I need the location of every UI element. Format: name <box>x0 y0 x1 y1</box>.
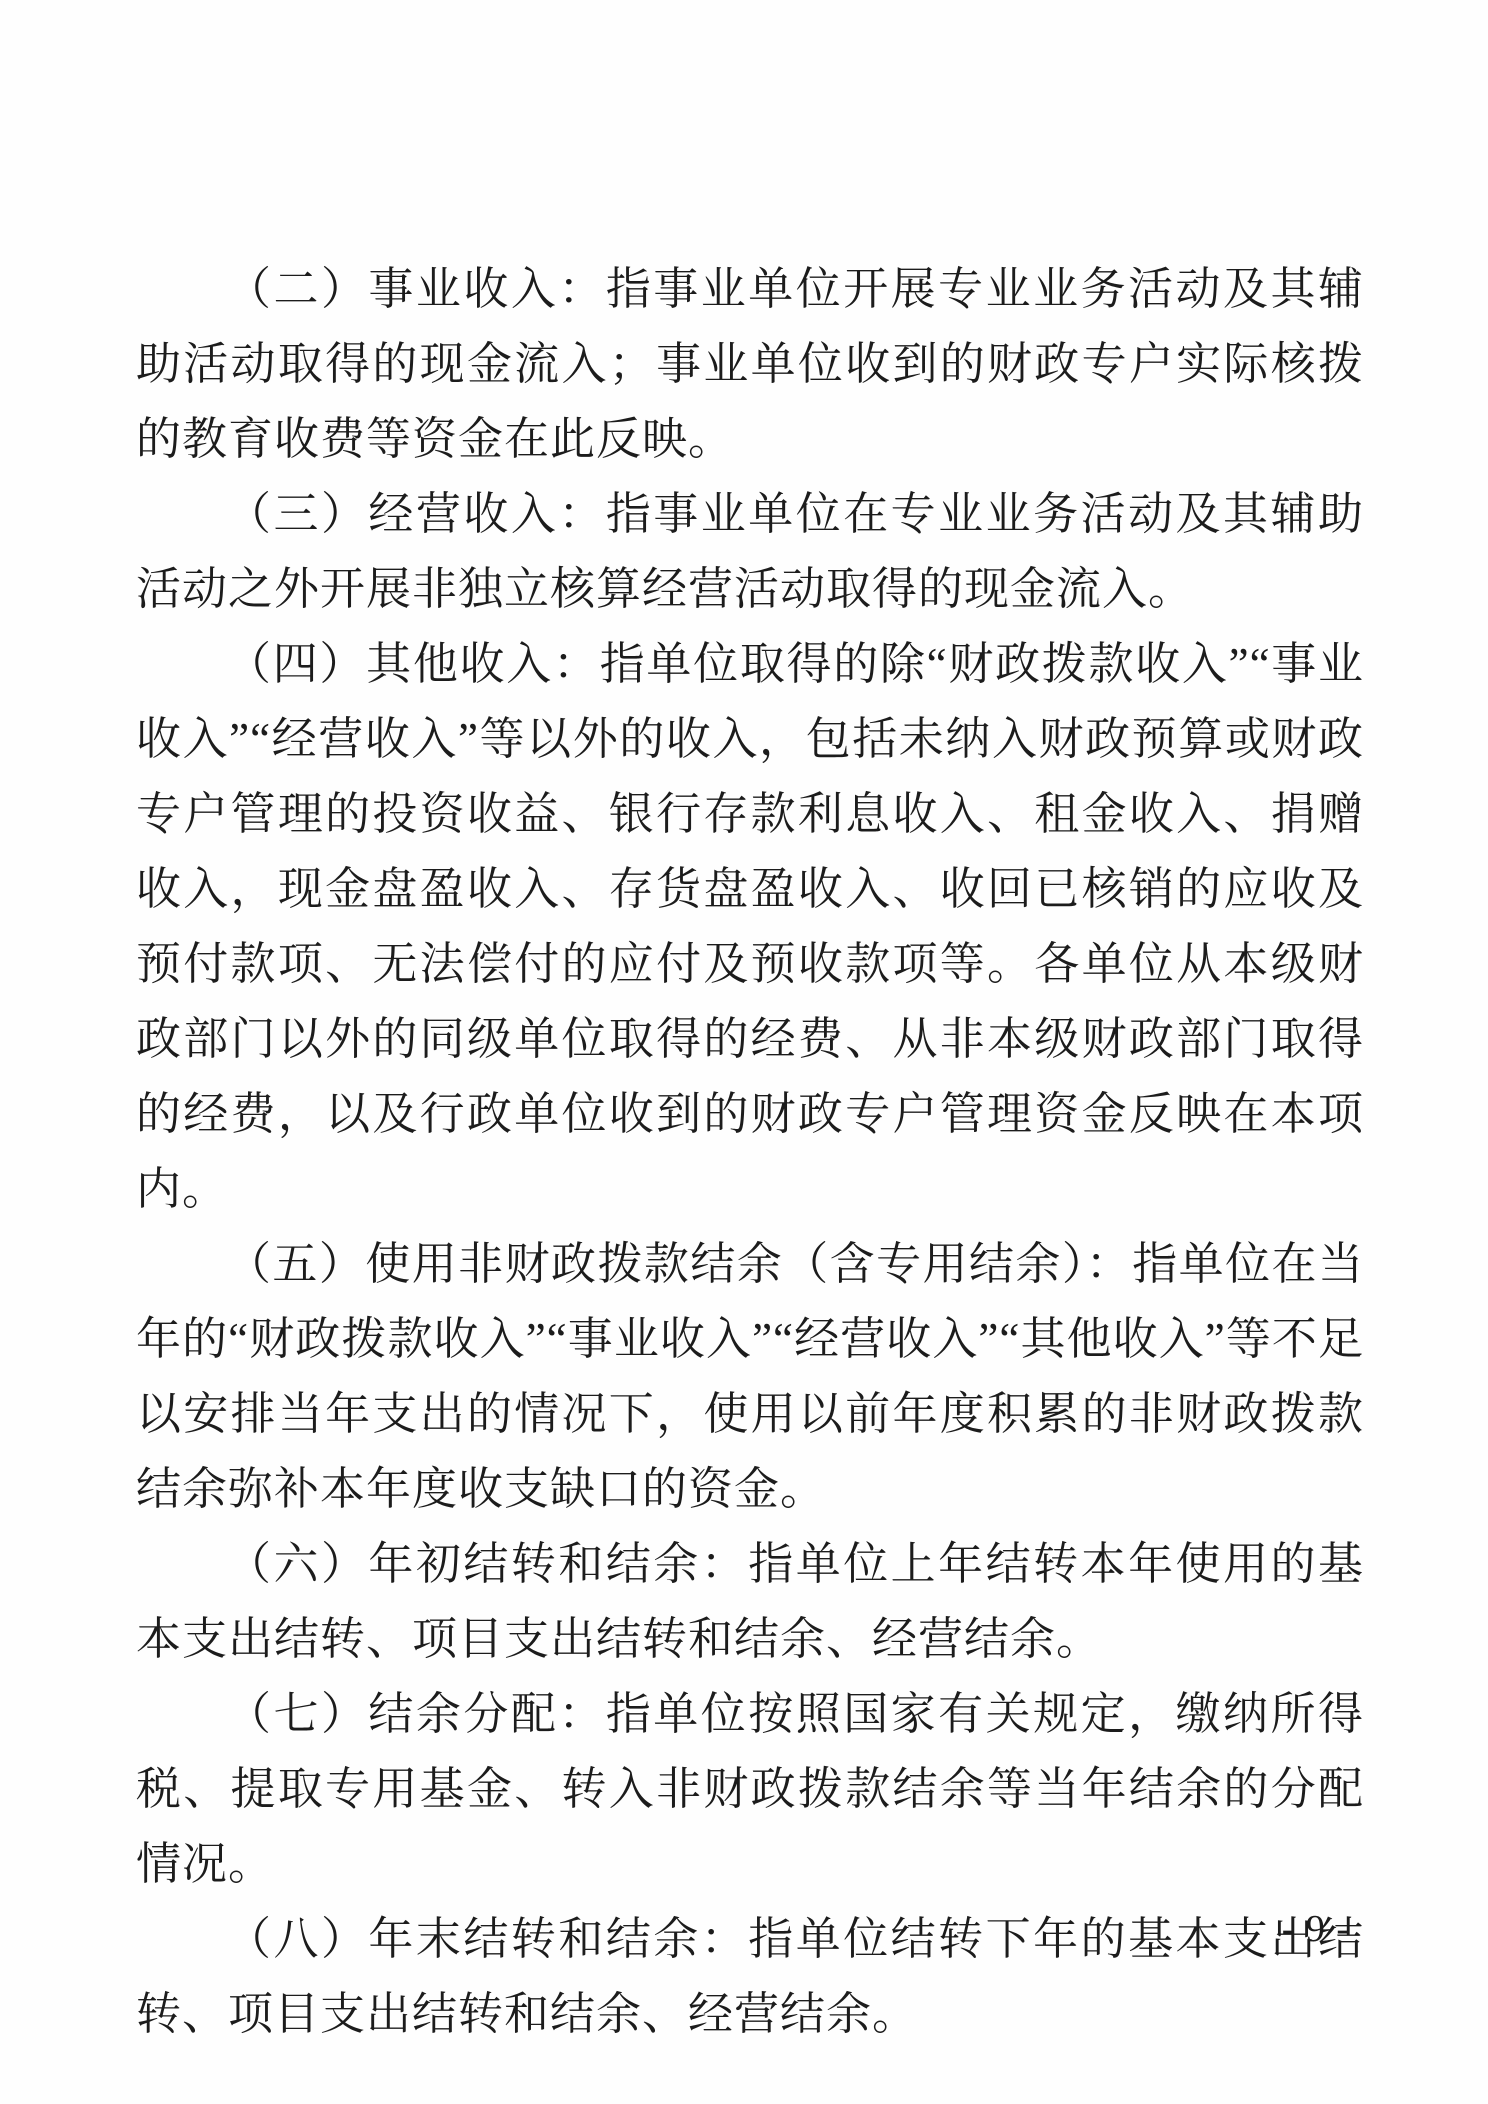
paragraph-batiao-nianmo-jiezhuan-jieyu: （八）年末结转和结余：指单位结转下年的基本支出结转、项目支出结转和结余、经营结余… <box>136 1902 1364 2052</box>
document-body: （二）事业收入：指事业单位开展专业业务活动及其辅助活动取得的现金流入；事业单位收… <box>136 252 1364 2052</box>
paragraph-wutiao-feicaizheng-bokuan-jieyu: （五）使用非财政拨款结余（含专用结余）：指单位在当年的“财政拨款收入”“事业收入… <box>136 1227 1364 1527</box>
paragraph-qitiao-jieyu-fenpei: （七）结余分配：指单位按照国家有关规定，缴纳所得税、提取专用基金、转入非财政拨款… <box>136 1677 1364 1902</box>
paragraph-santiao-jingying-shouru: （三）经营收入：指事业单位在专业业务活动及其辅助活动之外开展非独立核算经营活动取… <box>136 477 1364 627</box>
paragraph-sitiao-qita-shouru: （四）其他收入：指单位取得的除“财政拨款收入”“事业收入”“经营收入”等以外的收… <box>136 627 1364 1227</box>
page-number: - 9 - <box>1282 1908 1350 1950</box>
paragraph-ertiao-shiye-shouru: （二）事业收入：指事业单位开展专业业务活动及其辅助活动取得的现金流入；事业单位收… <box>136 252 1364 477</box>
paragraph-liutiao-nianchu-jiezhuan-jieyu: （六）年初结转和结余：指单位上年结转本年使用的基本支出结转、项目支出结转和结余、… <box>136 1527 1364 1677</box>
document-page: （二）事业收入：指事业单位开展专业业务活动及其辅助活动取得的现金流入；事业单位收… <box>0 0 1488 2104</box>
